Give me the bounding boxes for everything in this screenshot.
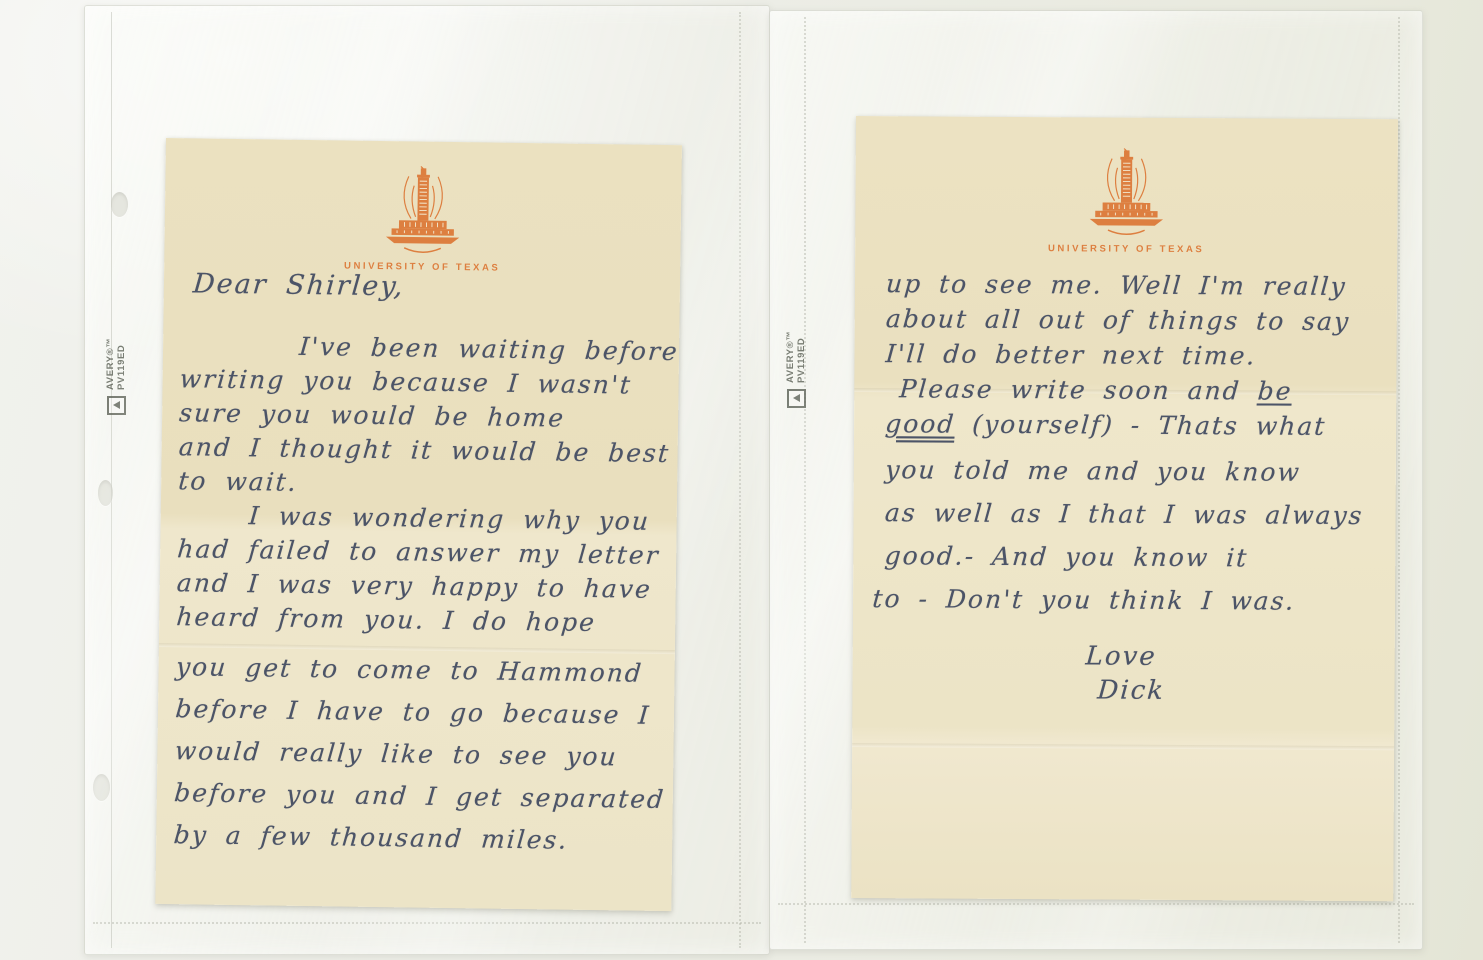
sleeve-stitch-seam (93, 922, 761, 924)
avery-code: PV119ED (796, 338, 807, 383)
avery-code: PV119ED (116, 345, 127, 390)
letter-line-text: Please write soon and (898, 374, 1258, 405)
letter-line-text: (yourself) - Thats what (954, 410, 1327, 441)
ut-tower-logo-icon (367, 163, 478, 257)
letter-line: to - Don't you think I was. (871, 577, 1365, 623)
letter-salutation: Dear Shirley, (192, 268, 406, 302)
letter-line: good (yourself) - Thats what (884, 406, 1351, 444)
sleeve-stitch-seam (778, 903, 1414, 905)
letter-paragraphs: you told me and you know as well as I th… (883, 448, 1362, 623)
avery-triangle-icon (107, 396, 126, 415)
letter-line: good.- And you know it (883, 534, 1365, 580)
letter-line: would really like to see you (173, 730, 667, 779)
letterhead: UNIVERSITY OF TEXAS (855, 144, 1398, 256)
underlined-word: be (1257, 376, 1294, 405)
avery-stamp-text: AVERY®™ PV119ED (785, 331, 807, 383)
letter-paragraphs: up to see me. Well I'm really about all … (884, 266, 1349, 444)
letterhead: UNIVERSITY OF TEXAS (164, 160, 681, 276)
binder-hole (93, 774, 110, 801)
underlined-word: good (884, 409, 956, 438)
letter-signature: Dick (1096, 675, 1166, 705)
letter-line: as well as I that I was always (883, 491, 1365, 537)
avery-stamp-text: AVERY®™ PV119ED (105, 338, 127, 390)
sleeve-stitch-seam (1398, 17, 1400, 943)
letter-closing: Love (1085, 641, 1158, 671)
fold-crease (852, 743, 1394, 750)
letter-line: you told me and you know (884, 448, 1366, 494)
letter-line: Please write soon and be (884, 371, 1351, 409)
letter-page-1: UNIVERSITY OF TEXAS Dear Shirley, I've b… (155, 138, 682, 911)
letter-page-2: UNIVERSITY OF TEXAS up to see me. Well I… (851, 116, 1398, 901)
avery-stamp: AVERY®™ PV119ED (775, 308, 817, 408)
letter-line: about all out of things to say (885, 301, 1352, 339)
avery-brand: AVERY®™ (785, 331, 796, 383)
letter-line: by a few thousand miles. (172, 814, 666, 863)
binder-hole (111, 192, 128, 217)
letter-line: heard from you. I do hope (175, 600, 676, 641)
binder-hole (98, 480, 113, 506)
letter-paragraphs: I've been waiting before writing you bec… (175, 328, 678, 641)
avery-brand: AVERY®™ (105, 338, 116, 390)
letter-line: you get to come to Hammond (174, 646, 668, 695)
sleeve-stitch-seam (739, 12, 741, 948)
letterhead-text: UNIVERSITY OF TEXAS (855, 242, 1397, 256)
photo-of-letters: AVERY®™ PV119ED AVERY®™ PV119ED (0, 0, 1483, 960)
letter-paragraphs: you get to come to Hammond before I have… (172, 646, 666, 863)
letter-line: up to see me. Well I'm really (885, 266, 1352, 304)
sleeve-stitch-seam (804, 17, 806, 943)
sleeve-seam (111, 12, 112, 948)
ut-tower-logo-icon (1071, 145, 1182, 238)
letter-line: I'll do better next time. (884, 336, 1351, 374)
letter-line: before you and I get separated (173, 772, 667, 821)
letter-line: before I have to go because I (174, 688, 668, 737)
avery-stamp: AVERY®™ PV119ED (95, 315, 137, 415)
avery-triangle-icon (787, 389, 806, 408)
